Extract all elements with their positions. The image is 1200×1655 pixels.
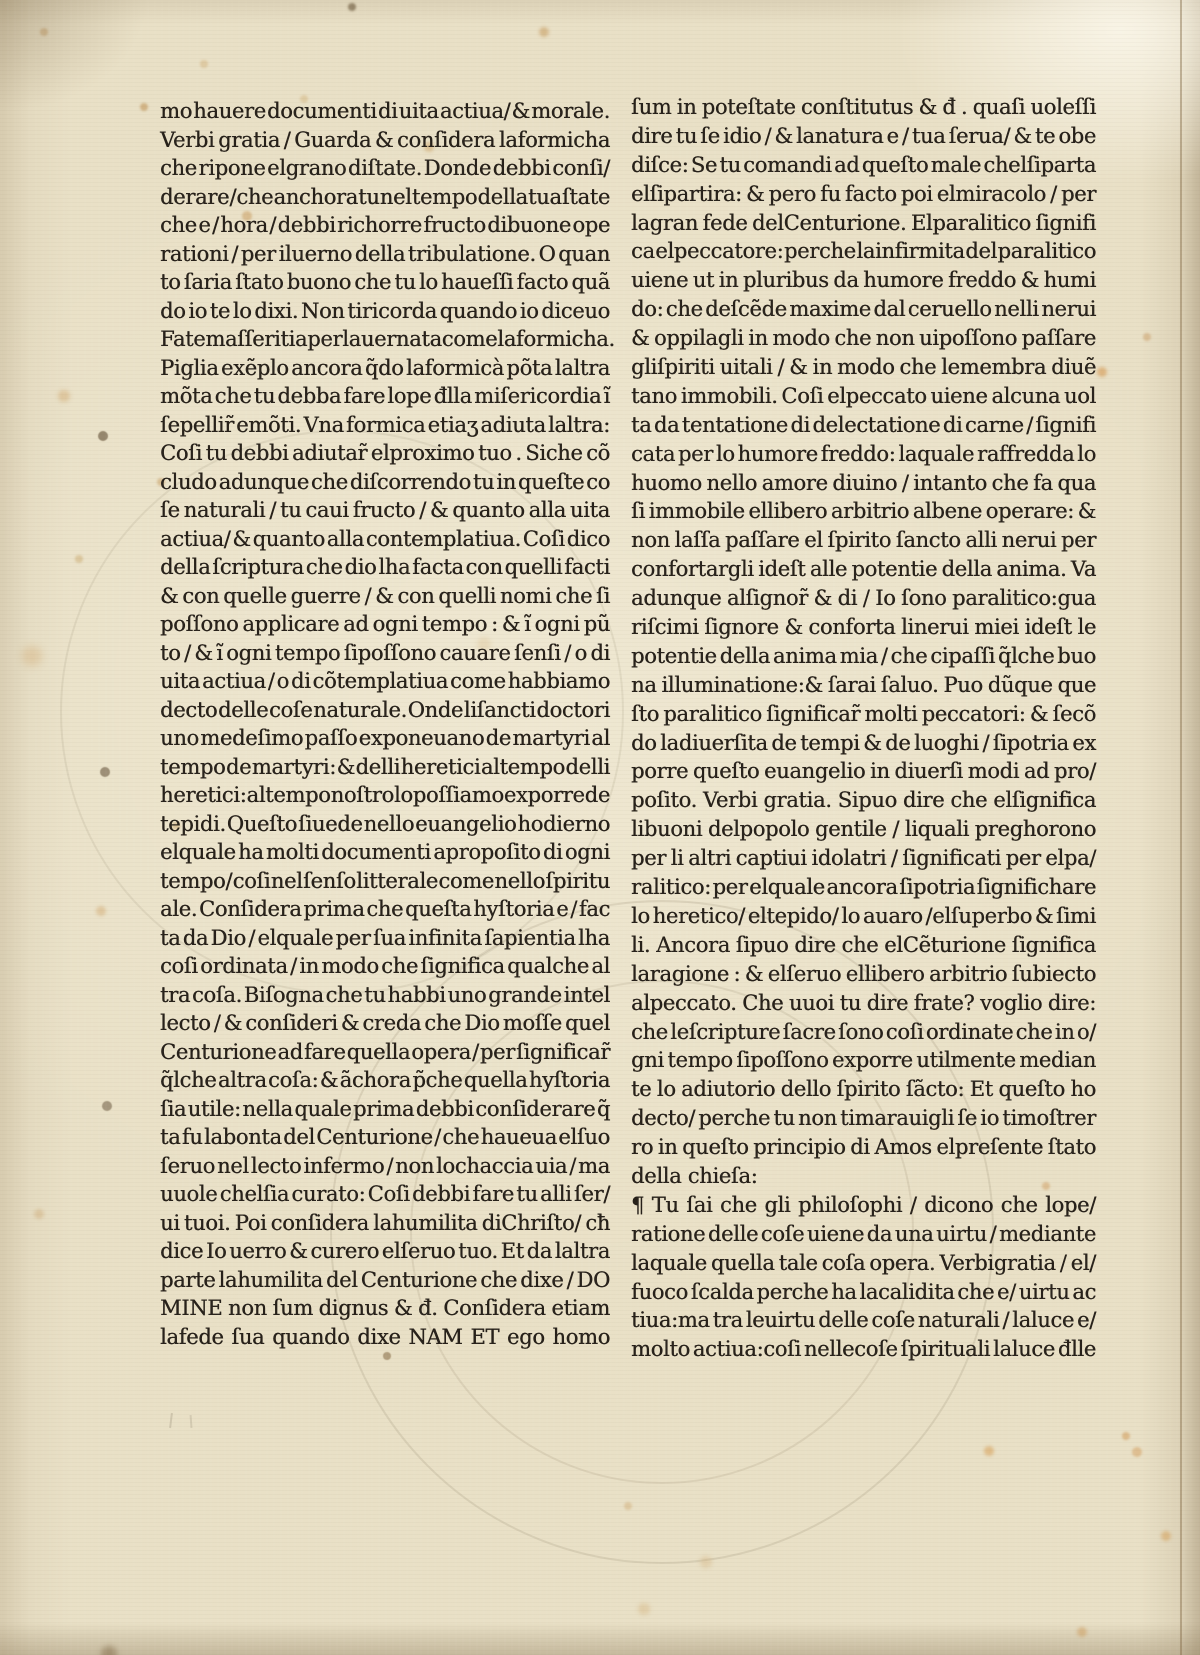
text-line: lagranfededelCenturione.Elparaliticoſign… — [631, 209, 1096, 238]
text-line: lafedeſuaquandodixeNAMETegohomo — [160, 1323, 610, 1352]
text-line: cludoadunquechediſcorrendotuinqueſteco — [160, 468, 610, 497]
text-line: loheretico/eltepido/loauaro/elſuperbo&ſi… — [631, 902, 1096, 931]
text-line: uuolechelſiacurato:Coſidebbifaretualliſe… — [160, 1180, 610, 1209]
text-line: riſcimiſignore&confortalineruimieiideſtl… — [631, 613, 1096, 642]
text-line: do:chedeſcẽdemaximedalceruellonellinerui — [631, 295, 1096, 324]
text-line: toſariaſtatobuonochetulohaueſſifactoquã — [160, 268, 610, 297]
text-line: della chieſa: — [631, 1162, 1096, 1191]
text-line: ralitico:perelqualeancoraſipotriaſignifi… — [631, 873, 1096, 902]
text-line: porrequeſtoeuangelioindiuerſimodiadpro/ — [631, 757, 1096, 786]
text-line: tepidi.Queſtoſiuedenelloeuangeliohodiern… — [160, 810, 610, 839]
foxing-stains — [0, 0, 8, 8]
text-line: ſenaturali/tucauifructo/&quantoallauita — [160, 496, 610, 525]
text-line: gliſpiritiuitali/&inmodochelemembradiuẽ — [631, 353, 1096, 382]
text-line: confortargliideſtallepotentiedellaanima.… — [631, 555, 1096, 584]
text-line: caelpeccatore:perchelainfirmitadelparali… — [631, 237, 1096, 266]
text-line: Fatemaſſeritiaperlauernatacomelaformicha… — [160, 325, 610, 354]
text-line: perlialtricaptiuiidolatri/ſignificatiper… — [631, 844, 1096, 873]
text-line: rationedellecoſeuienedaunauirtu/mediante — [631, 1220, 1096, 1249]
text-line: diſce:Setucomandiadqueſtomalechelſiparta — [631, 151, 1096, 180]
text-line: potentiedellaanimamia/checipaſſiq̃lchebu… — [631, 642, 1096, 671]
text-line: mõtachetudebbafarelopeđllamiſericordiaĩ — [160, 382, 610, 411]
text-line: lecto/&conſideri&credacheDiomoſſequel — [160, 1009, 610, 1038]
text-line: roinqueſtoprincipiodiAmoselpreſenteſtato — [631, 1133, 1096, 1162]
page-edge — [1180, 0, 1182, 1655]
text-line: laqualequellatalecoſaopera.Verbigratia/e… — [631, 1249, 1096, 1278]
text-line: dectodellecoſenaturale.Ondeliſanctidocto… — [160, 696, 610, 725]
text-line: tadaDio/elqualeperſuainfinitaſapientialh… — [160, 924, 610, 953]
text-line: Coſitudebbiadiutar̃elproximotuo.Sichecõ — [160, 439, 610, 468]
text-line: libuonidelpopologentile/liqualipreghoron… — [631, 815, 1096, 844]
text-line: tafulabontadelCenturione/chehaueuaelſuo — [160, 1123, 610, 1152]
text-line: laragione:&elſeruoelliberoarbitrioſubiec… — [631, 960, 1096, 989]
text-line: unomedeſimopaſſoexponeuanodemartyrial — [160, 724, 610, 753]
text-line: fuocoſcaldaperchehalacaliditachee/uirtua… — [631, 1278, 1096, 1307]
text-line: nonlaſſapaſſareelſpiritoſanctoallineruip… — [631, 526, 1096, 555]
text-line: diceIouerro&cureroelſeruotuo.Etdalaltra — [160, 1237, 610, 1266]
text-line: ale.Conſideraprimachequeſtahyſtoriae/fac — [160, 895, 610, 924]
pencil-marks — [168, 1408, 238, 1436]
text-line: elqualehamoltidocumentiapropoſitodiogni — [160, 838, 610, 867]
text-line: uitaactiua/odicõtemplatiuacomehabbiamo — [160, 667, 610, 696]
text-line: cheleſcriptureſacreſonocoſiordinatechein… — [631, 1018, 1096, 1047]
book-page: mohaueredocumentidiuitaactiua/&morale.Ve… — [0, 0, 1200, 1655]
text-line: ſiimmobileelliberoarbitrioalbeneoperare:… — [631, 497, 1096, 526]
text-line: MINEnonſumdignus&đ.Conſideraetiam — [160, 1294, 610, 1323]
text-line: decto/perchetunontimarauigliſeiotimoſtre… — [631, 1104, 1096, 1133]
text-line: derare/cheanchoratuneltempodellatuaſtate — [160, 183, 610, 212]
text-line: gnitempoſipoſſonoexporreutilmentemedian — [631, 1046, 1096, 1075]
text-line: mohaueredocumentidiuitaactiua/&morale. — [160, 97, 610, 126]
text-line: uituoi.PoiconſideralahumilitadiChriſto/c… — [160, 1209, 610, 1238]
text-line: ſtoparaliticoſignificar̃moltipeccatori:&… — [631, 700, 1096, 729]
text-line: poſſonoapplicareadognitempo:&ĩognipũ — [160, 610, 610, 639]
text-line: li.AncoraſipuodirecheelCẽturioneſignific… — [631, 931, 1096, 960]
text-line: doiotelodixi.Nontiricordaquandoiodiceuo — [160, 297, 610, 326]
text-line: to/&ĩognitempoſipoſſonocauareſenſi/odi — [160, 639, 610, 668]
text-line: poſito.Verbigratia.Sipuodirecheelſignifi… — [631, 786, 1096, 815]
text-line: cheriponeelgranodiſtate.Dondedebbiconſi/ — [160, 154, 610, 183]
text-line: Pigliaexẽploancoraq̃dolaformicàpõtalaltr… — [160, 354, 610, 383]
text-line: tiua:matraleuirtudellecoſenaturali/laluc… — [631, 1306, 1096, 1335]
text-line: uieneutinpluribusdahumorefreddo&humi — [631, 266, 1096, 295]
text-line: tracoſa.Biſognachetuhabbiunograndeintel — [160, 981, 610, 1010]
text-line: ſepellir̃emõti.Vnaformicaetiaʒadiutalalt… — [160, 411, 610, 440]
text-line: &conquelleguerre/&conquellinomicheſi — [160, 582, 610, 611]
text-line: teloadiutoriodelloſpiritoſãcto:Etqueſtoh… — [631, 1075, 1096, 1104]
text-line: huomonelloamorediuino/intantochefaqua — [631, 469, 1096, 498]
text-line: Centurioneadfarequellaopera/perſignifica… — [160, 1038, 610, 1067]
text-line: ſeruonellectoinfermo/nonlochacciauia/ma — [160, 1152, 610, 1181]
text-line: tempo/coſinelſenſolitteralecomenelloſpir… — [160, 867, 610, 896]
text-line: tempodemartyri:&dellihereticialtempodell… — [160, 753, 610, 782]
text-line: ſiautile:nellaqualeprimadebbiconſiderare… — [160, 1095, 610, 1124]
text-line: adunquealſignor̃&di/Ioſonoparalitico:gua — [631, 584, 1096, 613]
text-line: coſiordinata/inmodocheſignificaqualcheal — [160, 952, 610, 981]
text-line: Verbigratia/Guarda&conſideralaformicha — [160, 126, 610, 155]
text-line: heretici:altemponoſtrolopoſſiamoexporred… — [160, 781, 610, 810]
text-line: doladiuerſitadetempi&deluoghi/ſipotriaex — [631, 729, 1096, 758]
text-line: nailluminatione:&ſaraiſaluo.Puodũqueque — [631, 671, 1096, 700]
text-line: diretuſeidio/&lanaturae/tuaſerua/&teobe — [631, 122, 1096, 151]
text-line: ſuminpoteſtateconſtitutus&đ.quaſiuoleſſi — [631, 93, 1096, 122]
text-line: tanoimmobili.Coſielpeccatouienealcunauol — [631, 382, 1096, 411]
text-column-left: mohaueredocumentidiuitaactiua/&morale.Ve… — [160, 97, 610, 1351]
text-column-right: ſuminpoteſtateconſtitutus&đ.quaſiuoleſſi… — [631, 93, 1096, 1364]
text-line: alpeccato.Cheuuoitudirefrate?vogliodire: — [631, 989, 1096, 1018]
text-line: moltoactiua:coſinellecoſeſpiritualilaluc… — [631, 1335, 1096, 1364]
text-line: q̃lchealtracoſa:&ãchorap̃chequellahyſtor… — [160, 1066, 610, 1095]
text-line: partelahumilitadelCenturionechedixe/DO — [160, 1266, 610, 1295]
text-line: rationi/periluernodellatribulatione.Oqua… — [160, 240, 610, 269]
text-line: ¶Tuſaichegliphiloſophi/diconochelope/ — [631, 1191, 1096, 1220]
text-line: dellaſcripturachediolhafactaconquellifac… — [160, 553, 610, 582]
text-line: chee/hora/debbirichorrefructodibuoneope — [160, 211, 610, 240]
text-line: &oppilagliinmodochenonuipoſſonopaſſare — [631, 324, 1096, 353]
text-line: tadatentationedidelectationedicarne/ſign… — [631, 411, 1096, 440]
text-line: actiua/&quantoallacontemplatiua.Coſidico — [160, 525, 610, 554]
text-line: elſipartira:&perofufactopoielmiracolo/pe… — [631, 180, 1096, 209]
text-line: cataperlohumorefreddo:laqualeraffreddalo — [631, 440, 1096, 469]
